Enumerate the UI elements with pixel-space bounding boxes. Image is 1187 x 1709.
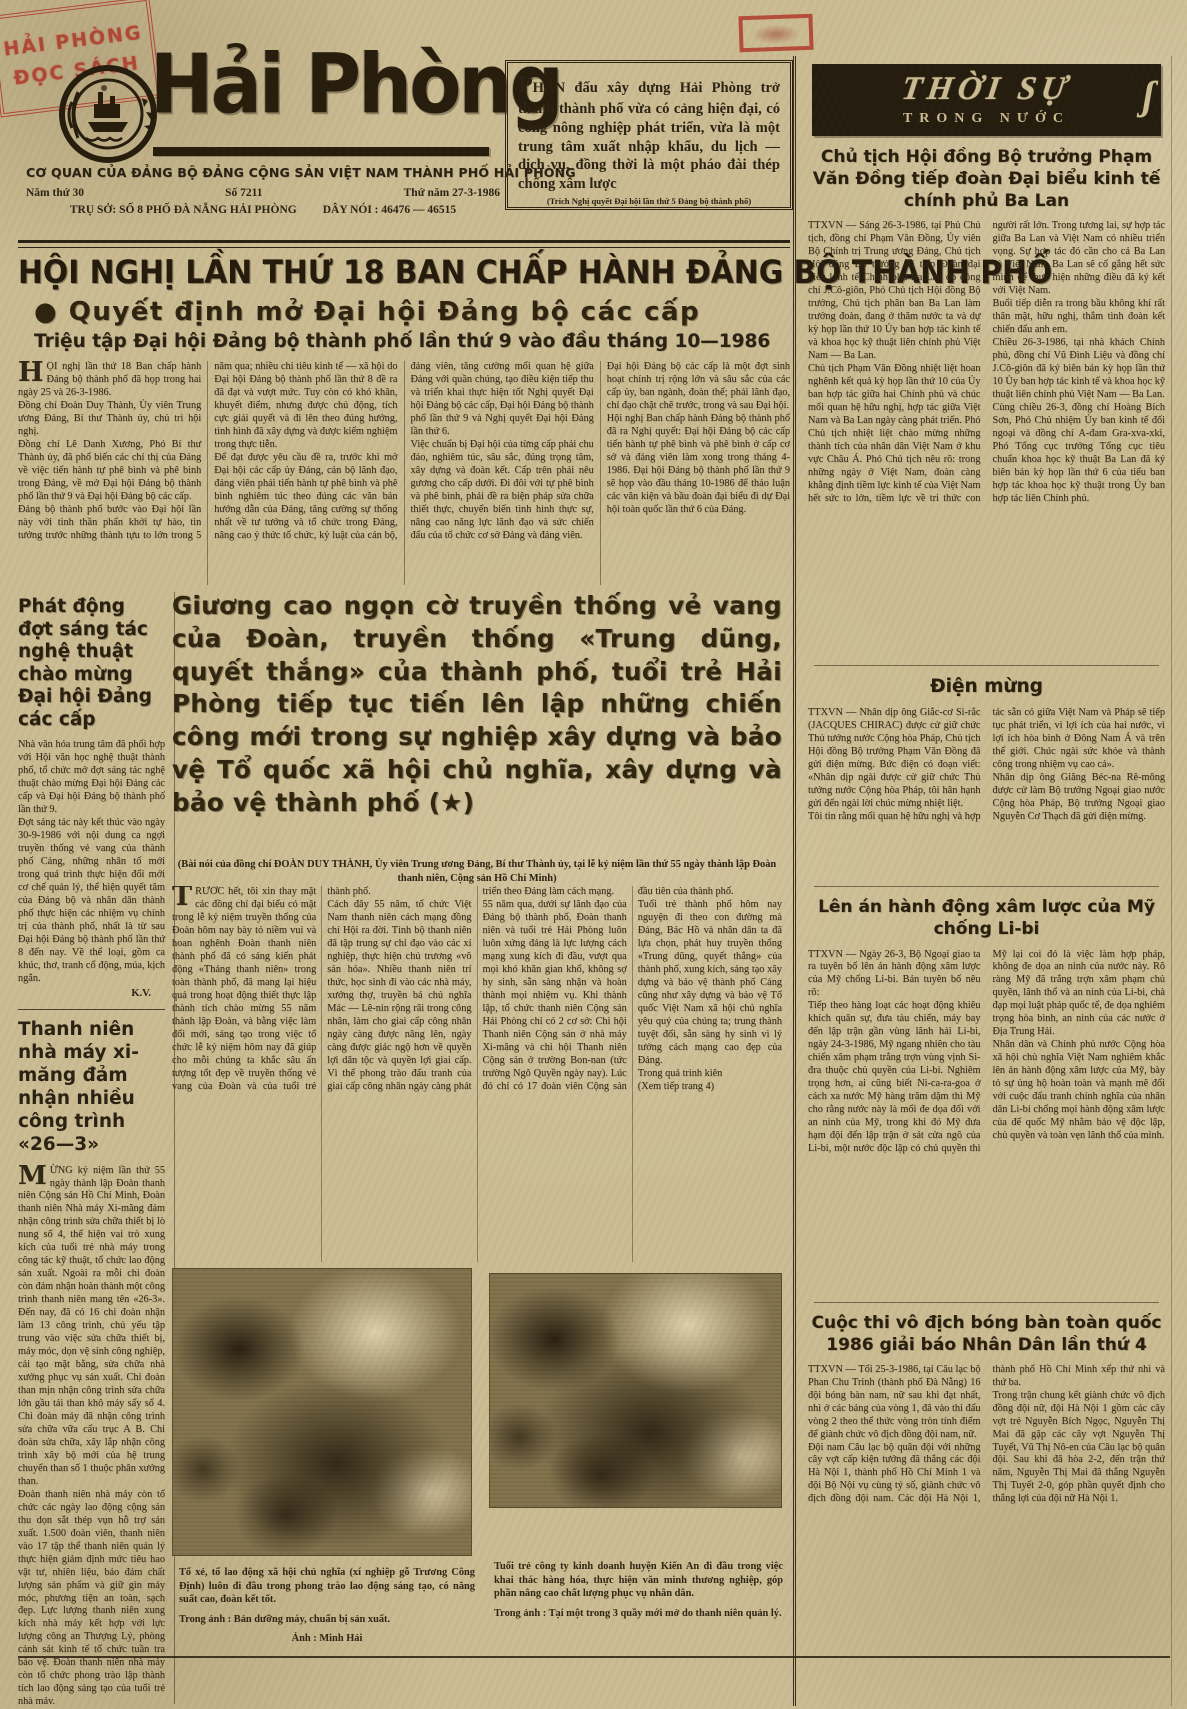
left-article1-byline: K.V. [18,988,165,999]
masthead-emblem [58,64,158,164]
issue-number: Số 7211 [225,187,262,199]
section-divider [814,1302,1159,1303]
pingpong-article-body: TTXVN — Tối 25-3-1986, tại Câu lạc bộ Ph… [808,1364,1165,1656]
headline-rule [18,240,790,248]
issue-info-row: Năm thứ 30 Số 7211 Thứ năm 27-3-1986 [26,187,500,199]
section-divider [814,886,1159,887]
lead-bullet-subhead: ● Quyết định mở Đại hội Đảng bộ các cấp [34,297,700,327]
feature-article-body: TRƯỚC hết, tôi xin thay mặt các đồng chí… [172,886,782,1262]
banner-subtitle: TRONG NƯỚC [903,111,1070,127]
lead-subhead: Triệu tập Đại hội Đảng bộ thành phố lần … [34,331,770,352]
photo-sales-counter [489,1273,782,1508]
mission-statement-box: PHẤN đấu xây dựng Hải Phòng trở thành th… [505,60,793,210]
mission-credit: (Trích Nghị quyết Đại hội lần thứ 5 Đảng… [518,196,780,206]
banner-title: THỜI SỰ [899,73,1073,106]
left-caption-text: Tổ xẻ, tổ lao động xã hội chủ nghĩa (xí … [179,1566,475,1607]
section-divider [814,665,1159,666]
newspaper-title: Hải Phòng [150,36,561,132]
organ-line: CƠ QUAN CỦA ĐẢNG BỘ ĐẢNG CỘNG SẢN VIỆT N… [26,165,500,180]
left-caption-detail: Trong ảnh : Bản dưỡng máy, chuẩn bị sản … [179,1613,475,1627]
dien-mung-headline: Điện mừng [810,675,1163,699]
left-article2-headline: Thanh niên nhà máy xi-măng đảm nhận nhiề… [18,1018,165,1157]
photo-woodworkers [172,1268,472,1556]
feature-byline: (Bài nói của đồng chí ĐOÀN DUY THÀNH, Ủy… [172,858,782,885]
left-column: Phát động đợt sáng tác nghệ thuật chào m… [18,592,175,1704]
phone: DÂY NÓI : 46476 — 46515 [323,204,456,216]
mission-text: PHẤN đấu xây dựng Hải Phòng trở thành th… [518,70,780,193]
address: TRỤ SỞ: SỐ 8 PHỐ ĐÀ NẴNG HẢI PHÒNG [70,204,297,216]
news-column: THỜI SỰ TRONG NƯỚC ʃ Chủ tịch Hội đồng B… [793,56,1172,1706]
left-article1-headline: Phát động đợt sáng tác nghệ thuật chào m… [18,596,165,731]
factory-ship-emblem-icon [58,64,158,164]
feature-manchette: Giương cao ngọn cờ truyền thống vẻ vang … [172,590,782,858]
accession-stamp [738,14,813,53]
lead-headline: HỘI NGHỊ LẦN THỨ 18 BAN CHẤP HÀNH ĐẢNG B… [18,253,753,291]
right-caption-detail: Trong ảnh : Tại một trong 3 quầy mới mở … [494,1607,783,1621]
right-photo-caption: Tuổi trẻ công ty kinh doanh huyện Kiến A… [494,1560,783,1620]
address-row: TRỤ SỞ: SỐ 8 PHỐ ĐÀ NẴNG HẢI PHÒNG DÂY N… [26,204,500,216]
left-photo-caption: Tổ xẻ, tổ lao động xã hội chủ nghĩa (xí … [179,1566,475,1646]
left-article2-body: MỪNG kỷ niệm lần thứ 55 ngày thành lập Đ… [18,1165,165,1704]
libya-headline: Lên án hành động xâm lược của Mỹ chống L… [810,896,1163,940]
issue-date: Thứ năm 27-3-1986 [404,187,500,199]
dien-mung-body: TTXVN — Nhân dịp ông Giắc-cơ Si-rắc (JAC… [808,707,1165,877]
left-column-divider [18,1009,165,1010]
left-article1-body: Nhà văn hóa trung tâm đã phối hợp với Hộ… [18,739,165,985]
banner-flourish-icon: ʃ [1142,72,1155,119]
thoi-su-banner: THỜI SỰ TRONG NƯỚC ʃ [812,64,1161,136]
year-number: Năm thứ 30 [26,187,84,199]
title-underline [153,147,489,156]
pvd-article-body: TTXVN — Sáng 26-3-1986, tại Phủ Chủ tịch… [808,220,1165,656]
right-caption-text: Tuổi trẻ công ty kinh doanh huyện Kiến A… [494,1560,783,1601]
pvd-headline: Chủ tịch Hội đồng Bộ trưởng Phạm Văn Đồn… [810,146,1163,212]
lead-article-body: HỘI nghị lần thứ 18 Ban chấp hành Đảng b… [18,361,790,585]
libya-article-body: TTXVN — Ngày 26-3, Bộ Ngoại giao ta ra t… [808,949,1165,1293]
pingpong-headline: Cuộc thi vô địch bóng bàn toàn quốc 1986… [810,1312,1163,1356]
newspaper-page: HẢI PHÒNG ĐỌC SÁCH [0,0,1187,1709]
photo-credit: Ảnh : Minh Hải [179,1632,475,1646]
